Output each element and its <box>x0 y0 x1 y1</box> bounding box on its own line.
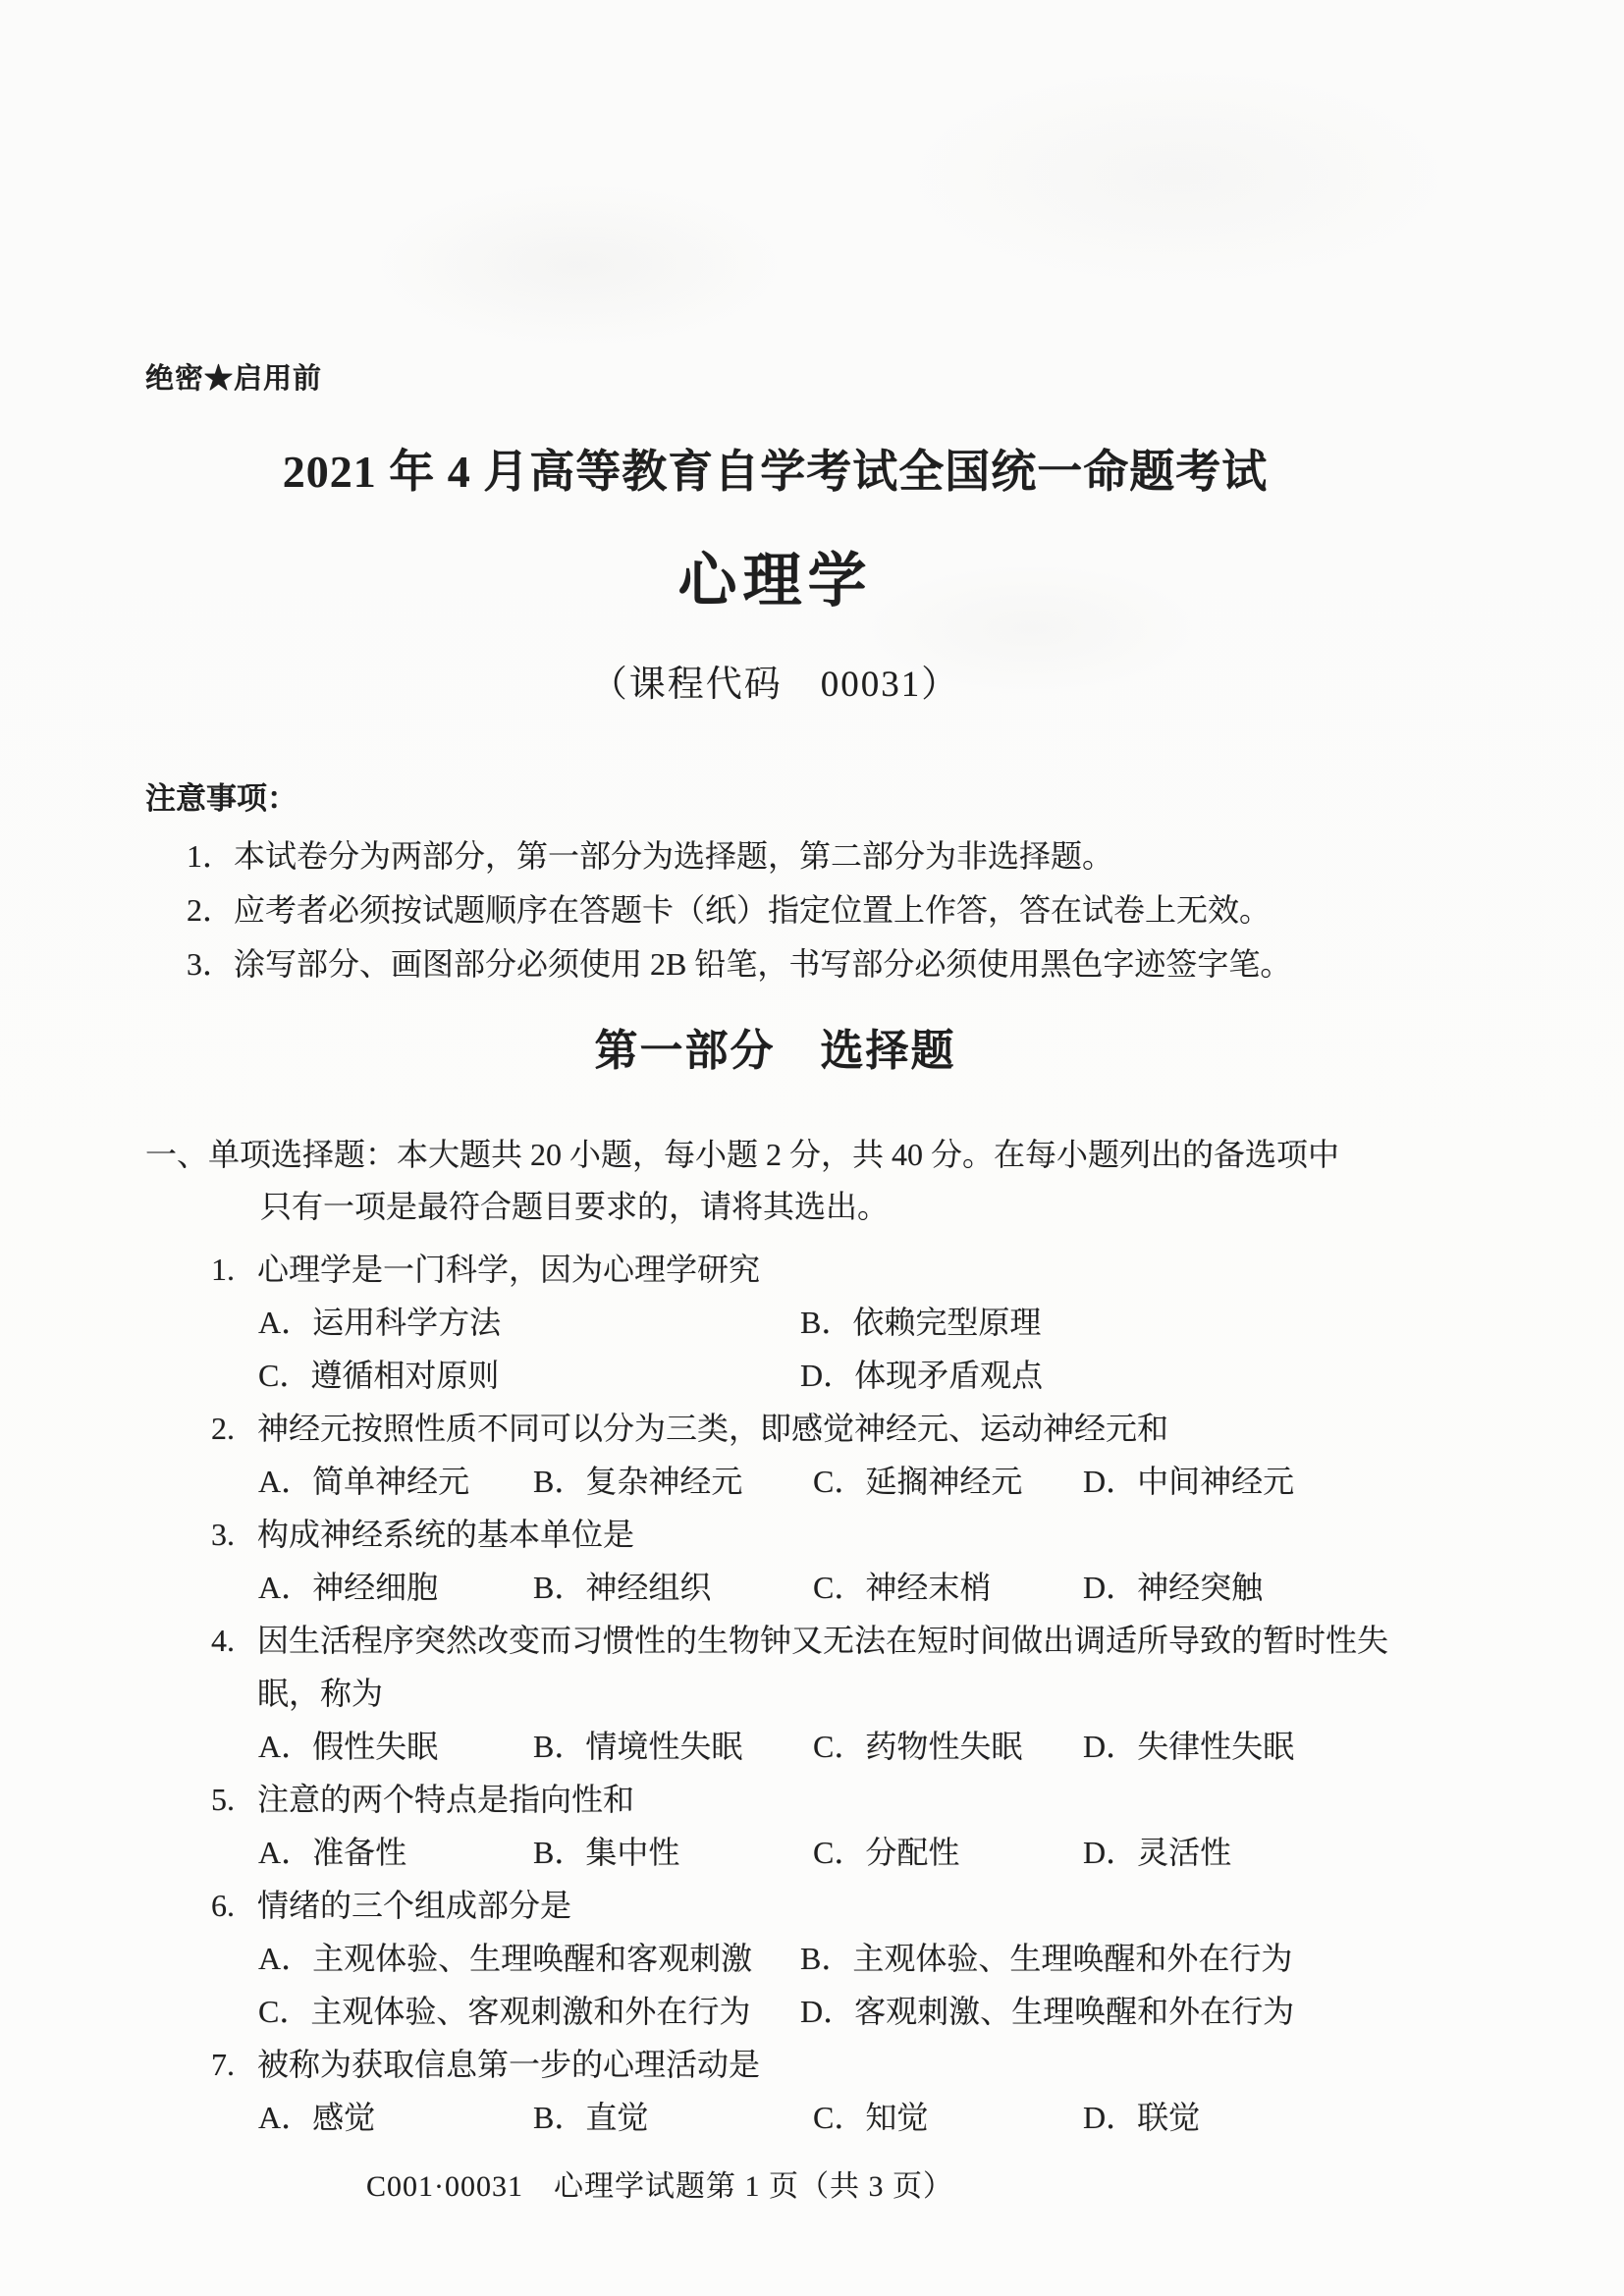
question-1-options: A．运用科学方法 B．依赖完型原理 C．遵循相对原则 D．体现矛盾观点 <box>258 1296 1545 1402</box>
question-list: 1.心理学是一门科学，因为心理学研究 A．运用科学方法 B．依赖完型原理 C．遵… <box>0 1243 1624 2144</box>
question-5: 5.注意的两个特点是指向性和 A．准备性 B．集中性 C．分配性 D．灵活性 <box>211 1773 1545 1879</box>
question-2: 2.神经元按照性质不同可以分为三类，即感觉神经元、运动神经元和 A．简单神经元 … <box>211 1402 1545 1508</box>
question-6-option-c: C．主观体验、客观刺激和外在行为 <box>258 1985 800 2038</box>
question-7-option-b: B．直觉 <box>533 2091 813 2144</box>
question-4-option-b: B．情境性失眠 <box>533 1720 813 1773</box>
question-3-number: 3. <box>211 1508 257 1561</box>
question-5-stem-text: 注意的两个特点是指向性和 <box>257 1782 634 1817</box>
question-1-option-a: A．运用科学方法 <box>258 1296 800 1349</box>
question-2-option-b: B．复杂神经元 <box>533 1455 813 1508</box>
question-5-option-c: C．分配性 <box>813 1826 1083 1879</box>
question-4-stem-text: 因生活程序突然改变而习惯性的生物钟又无法在短时间做出调适所导致的暂时性失 <box>257 1623 1388 1658</box>
question-1-option-b: B．依赖完型原理 <box>800 1296 1545 1349</box>
question-7-options: A．感觉 B．直觉 C．知觉 D．联觉 <box>258 2091 1545 2144</box>
part1-heading: 第一部分 选择题 <box>0 1015 1624 1078</box>
question-3: 3.构成神经系统的基本单位是 A．神经细胞 B．神经组织 C．神经末梢 D．神经… <box>211 1508 1545 1614</box>
question-1-option-c: C．遵循相对原则 <box>258 1349 800 1402</box>
question-6-option-b: B．主观体验、生理唤醒和外在行为 <box>800 1932 1545 1985</box>
question-4-number: 4. <box>211 1614 257 1667</box>
question-7-stem: 7.被称为获取信息第一步的心理活动是 <box>211 2038 1545 2091</box>
question-3-stem-text: 构成神经系统的基本单位是 <box>257 1517 634 1552</box>
question-2-stem-text: 神经元按照性质不同可以分为三类，即感觉神经元、运动神经元和 <box>257 1411 1168 1446</box>
question-4-option-c: C．药物性失眠 <box>813 1720 1083 1773</box>
question-4-stem: 4.因生活程序突然改变而习惯性的生物钟又无法在短时间做出调适所导致的暂时性失 <box>211 1614 1545 1667</box>
question-3-stem: 3.构成神经系统的基本单位是 <box>211 1508 1545 1561</box>
notice-item-2: 2．应考者必须按试题顺序在答题卡（纸）指定位置上作答，答在试卷上无效。 <box>187 883 1526 937</box>
question-6-stem-text: 情绪的三个组成部分是 <box>257 1888 571 1923</box>
question-7-option-c: C．知觉 <box>813 2091 1083 2144</box>
classification-label: 绝密★启用前 <box>145 356 1624 397</box>
notice-heading: 注意事项： <box>145 774 1624 818</box>
question-3-option-b: B．神经组织 <box>533 1561 813 1614</box>
question-1: 1.心理学是一门科学，因为心理学研究 A．运用科学方法 B．依赖完型原理 C．遵… <box>211 1243 1545 1402</box>
question-1-option-d: D．体现矛盾观点 <box>800 1349 1545 1402</box>
question-7-option-d: D．联觉 <box>1083 2091 1545 2144</box>
question-2-stem: 2.神经元按照性质不同可以分为三类，即感觉神经元、运动神经元和 <box>211 1402 1545 1455</box>
question-5-option-d: D．灵活性 <box>1083 1826 1545 1879</box>
question-5-stem: 5.注意的两个特点是指向性和 <box>211 1773 1545 1826</box>
question-7-stem-text: 被称为获取信息第一步的心理活动是 <box>257 2047 760 2082</box>
question-1-stem-text: 心理学是一门科学，因为心理学研究 <box>257 1252 760 1287</box>
section-intro-line-1: 一、单项选择题：本大题共 20 小题，每小题 2 分，共 40 分。在每小题列出… <box>145 1129 1526 1181</box>
question-6-options: A．主观体验、生理唤醒和客观刺激 B．主观体验、生理唤醒和外在行为 C．主观体验… <box>258 1932 1545 2038</box>
subject-title: 心理学 <box>0 534 1624 618</box>
question-1-stem: 1.心理学是一门科学，因为心理学研究 <box>211 1243 1545 1296</box>
question-6-option-a: A．主观体验、生理唤醒和客观刺激 <box>258 1932 800 1985</box>
question-3-option-c: C．神经末梢 <box>813 1561 1083 1614</box>
question-7-option-a: A．感觉 <box>258 2091 533 2144</box>
question-5-number: 5. <box>211 1773 257 1826</box>
section-intro: 一、单项选择题：本大题共 20 小题，每小题 2 分，共 40 分。在每小题列出… <box>145 1129 1526 1233</box>
question-7: 7.被称为获取信息第一步的心理活动是 A．感觉 B．直觉 C．知觉 D．联觉 <box>211 2038 1545 2144</box>
question-4-stem-continued: 眠，称为 <box>257 1667 1545 1720</box>
question-6: 6.情绪的三个组成部分是 A．主观体验、生理唤醒和客观刺激 B．主观体验、生理唤… <box>211 1879 1545 2038</box>
question-2-options: A．简单神经元 B．复杂神经元 C．延搁神经元 D．中间神经元 <box>258 1455 1545 1508</box>
question-3-option-a: A．神经细胞 <box>258 1561 533 1614</box>
notice-list: 1．本试卷分为两部分，第一部分为选择题，第二部分为非选择题。 2．应考者必须按试… <box>0 829 1624 991</box>
question-1-number: 1. <box>211 1243 257 1296</box>
notice-item-1: 1．本试卷分为两部分，第一部分为选择题，第二部分为非选择题。 <box>187 829 1526 883</box>
question-6-option-d: D．客观刺激、生理唤醒和外在行为 <box>800 1985 1545 2038</box>
question-6-stem: 6.情绪的三个组成部分是 <box>211 1879 1545 1932</box>
question-7-number: 7. <box>211 2038 257 2091</box>
question-4: 4.因生活程序突然改变而习惯性的生物钟又无法在短时间做出调适所导致的暂时性失 眠… <box>211 1614 1545 1773</box>
question-2-option-a: A．简单神经元 <box>258 1455 533 1508</box>
question-2-number: 2. <box>211 1402 257 1455</box>
page-footer: C001·00031 心理学试题第 1 页（共 3 页） <box>0 2162 1624 2205</box>
course-code: （课程代码 00031） <box>0 654 1624 707</box>
question-5-option-b: B．集中性 <box>533 1826 813 1879</box>
notice-item-3: 3．涂写部分、画图部分必须使用 2B 铅笔，书写部分必须使用黑色字迹签字笔。 <box>187 937 1526 991</box>
question-4-options: A．假性失眠 B．情境性失眠 C．药物性失眠 D．失律性失眠 <box>258 1720 1545 1773</box>
question-3-options: A．神经细胞 B．神经组织 C．神经末梢 D．神经突触 <box>258 1561 1545 1614</box>
question-4-option-a: A．假性失眠 <box>258 1720 533 1773</box>
question-3-option-d: D．神经突触 <box>1083 1561 1545 1614</box>
question-4-option-d: D．失律性失眠 <box>1083 1720 1545 1773</box>
question-2-option-c: C．延搁神经元 <box>813 1455 1083 1508</box>
question-5-options: A．准备性 B．集中性 C．分配性 D．灵活性 <box>258 1826 1545 1879</box>
exam-paper-page: 绝密★启用前 2021 年 4 月高等教育自学考试全国统一命题考试 心理学 （课… <box>0 0 1624 2296</box>
question-5-option-a: A．准备性 <box>258 1826 533 1879</box>
question-6-number: 6. <box>211 1879 257 1932</box>
exam-title: 2021 年 4 月高等教育自学考试全国统一命题考试 <box>0 436 1624 501</box>
section-intro-line-2: 只有一项是最符合题目要求的，请将其选出。 <box>260 1181 1526 1233</box>
question-2-option-d: D．中间神经元 <box>1083 1455 1545 1508</box>
